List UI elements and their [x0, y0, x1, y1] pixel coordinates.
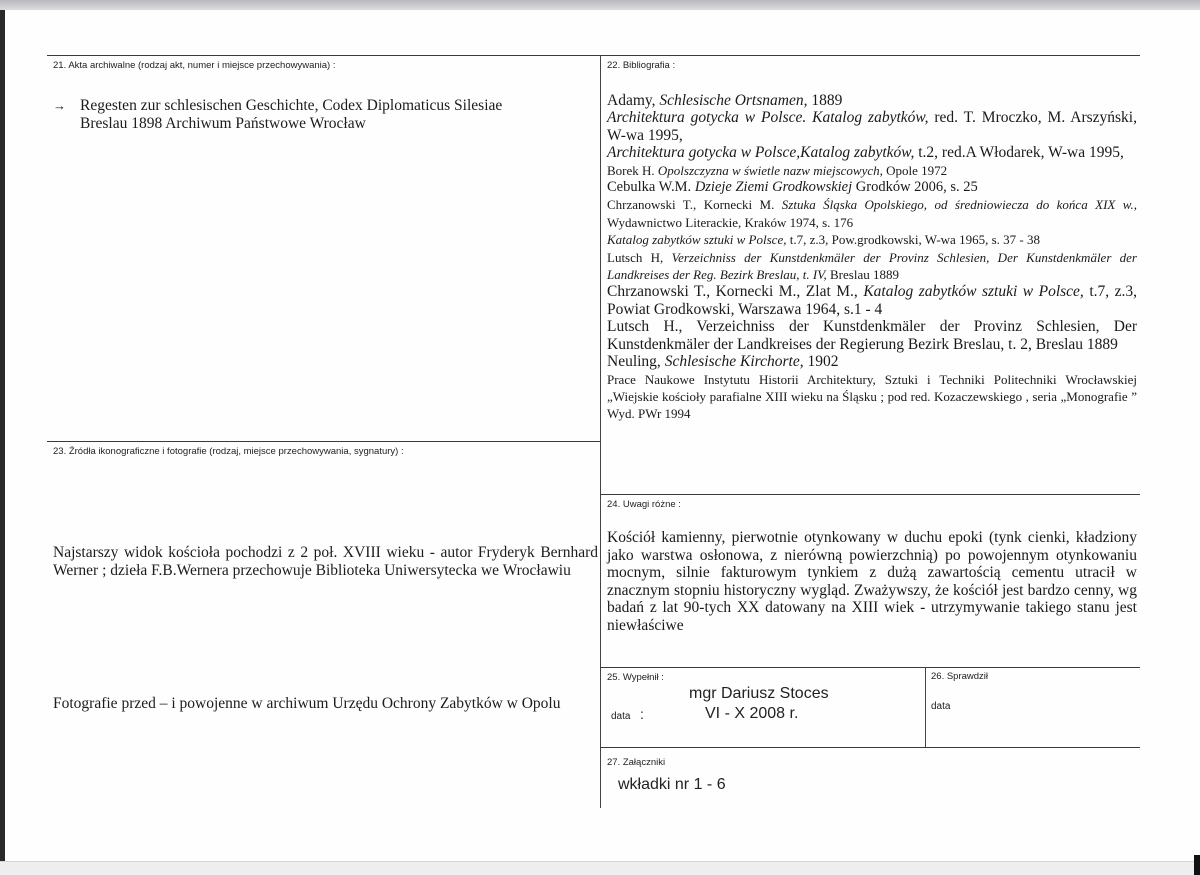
bibliography-entry: Borek H. Opolszczyzna w świetle nazw mie… — [607, 162, 1137, 179]
section-24-label: 24. Uwagi różne : — [607, 499, 681, 510]
scan-edge-top — [0, 0, 1200, 10]
section-25-label: 25. Wypełnił : — [607, 672, 664, 683]
iconography-note: Najstarszy widok kościoła pochodzi z 2 p… — [53, 544, 598, 579]
bibliography-entry: Chrzanowski T., Kornecki M. Sztuka Śląsk… — [607, 196, 1137, 231]
section-26-label: 26. Sprawdził — [931, 671, 988, 682]
section-25-rule — [600, 667, 1140, 668]
scan-edge-bottom — [0, 861, 1200, 875]
section-27-rule — [600, 747, 1140, 748]
attachments-value: wkładki nr 1 - 6 — [618, 776, 726, 794]
photographs-note: Fotografie przed – i powojenne w archiwu… — [53, 695, 583, 713]
section-27-label: 27. Załączniki — [607, 757, 665, 768]
section-22-label: 22. Bibliografia : — [607, 60, 675, 71]
section-21-label: 21. Akta archiwalne (rodzaj akt, numer i… — [53, 60, 335, 71]
bibliography-entry: Cebulka W.M. Dzieje Ziemi Grodkowskiej G… — [607, 179, 1137, 196]
bibliography-entry: Neuling, Schlesische Kirchorte, 1902 — [607, 353, 1137, 370]
bibliography-entry: Lutsch H, Verzeichniss der Kunstdenkmäle… — [607, 249, 1137, 284]
filled-by-date: VI - X 2008 r. — [705, 705, 798, 723]
checked-by-date-label: data — [931, 701, 950, 712]
arrow-icon: → — [53, 97, 66, 115]
bibliography-list: Adamy, Schlesische Ortsnamen, 1889 Archi… — [607, 92, 1137, 423]
bibliography-entry: Prace Naukowe Instytutu Historii Archite… — [607, 371, 1137, 423]
remarks-text: Kościół kamienny, pierwotnie otynkowany … — [607, 529, 1137, 634]
bibliography-entry: Katalog zabytków sztuki w Polsce, t.7, z… — [607, 231, 1137, 248]
center-divider — [600, 55, 601, 808]
scan-edge-corner — [1194, 855, 1200, 875]
bibliography-entry: Architektura gotycka w Polsce. Katalog z… — [607, 109, 1137, 144]
section-23-label: 23. Źródła ikonograficzne i fotografie (… — [53, 446, 404, 457]
bibliography-entry: Lutsch H., Verzeichniss der Kunstdenkmäl… — [607, 318, 1137, 353]
archival-record-line-2: Breslau 1898 Archiwum Państwowe Wrocław — [80, 115, 366, 133]
section-26-divider — [925, 667, 926, 747]
filled-by-date-colon: : — [640, 706, 644, 722]
section-24-rule — [600, 494, 1140, 495]
section-23-rule — [47, 441, 600, 442]
bibliography-entry: Architektura gotycka w Polsce,Katalog za… — [607, 144, 1137, 161]
bibliography-entry: Adamy, Schlesische Ortsnamen, 1889 — [607, 92, 1137, 109]
filled-by-name: mgr Dariusz Stoces — [689, 685, 829, 703]
top-rule — [47, 55, 1140, 56]
archival-record-line-1: Regesten zur schlesischen Geschichte, Co… — [80, 97, 502, 115]
filled-by-date-label: data — [611, 711, 630, 722]
bibliography-entry: Chrzanowski T., Kornecki M., Zlat M., Ka… — [607, 283, 1137, 318]
